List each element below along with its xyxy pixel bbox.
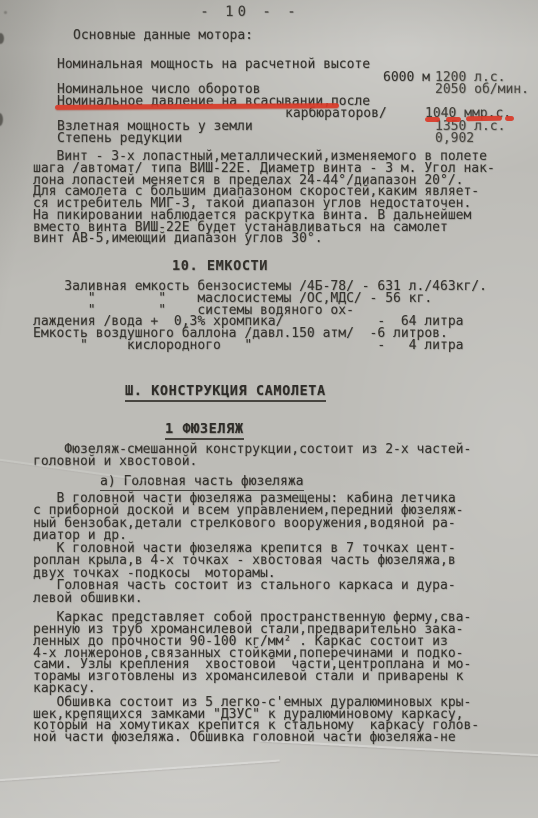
scanned-document-page: - 10 - - Основные данные мотора: Номинал… (0, 0, 538, 818)
text-line: каркасу. (33, 683, 471, 695)
red-pencil-mark (505, 116, 514, 121)
paragraph-skin: Обшивка состоит из 5 легко-с'емных дурал… (33, 697, 479, 743)
paragraph-frame: Каркас представляет собой пространственн… (33, 612, 471, 695)
engine-spec-row: Номинальная мощность на расчетной высоте (57, 59, 253, 71)
paper-crease (0, 760, 280, 782)
red-pencil-mark (425, 117, 440, 122)
spec-label: Номинальная мощность на расчетной высоте (57, 59, 370, 71)
red-pencil-mark (466, 116, 502, 122)
paper-stain (4, 11, 7, 14)
engine-data-title: Основные данные мотора: (57, 30, 253, 42)
text-line: ной части фюзеляжа. Обшивка головной час… (33, 732, 479, 744)
page-number: - 10 - - (150, 4, 350, 20)
paper-stain (0, 113, 3, 126)
paragraphs-head-part: В головной части фюзеляжа размещены: каб… (33, 493, 463, 605)
spec-value: 0,902 (435, 133, 474, 145)
text-line: торамы изготовлены из хромансилевой стал… (33, 671, 471, 683)
heading-fuselage: 1 ФЮЗЕЛЯЖ (165, 421, 244, 440)
spec-label: Степень редукции (57, 133, 182, 145)
red-pencil-mark (446, 117, 461, 122)
engine-spec-row: Степень редукции 0,902 (57, 133, 253, 145)
spec-value: 2050 об/мин. (435, 84, 529, 96)
spec-label-continuation: карбюраторов/ (285, 108, 387, 120)
paper-stain (0, 33, 4, 44)
text-line: головной и хвостовой. (33, 456, 471, 468)
spec-altitude: 6000 м (383, 72, 430, 84)
engine-data-block: Основные данные мотора: Номинальная мощн… (57, 30, 253, 145)
text-line: левой обшивки. (33, 593, 463, 605)
section-heading-construction: Ш. КОНСТРУКЦИЯ САМОЛЕТА (125, 383, 326, 402)
capacities-heading: 10. ЕМКОСТИ (172, 258, 268, 274)
propeller-paragraph: Винт - 3-х лопастный,металлический,измен… (33, 151, 495, 245)
text-line: винт АВ-5,имеющий диапазон углов 30°. (33, 233, 495, 245)
capacities-block: Заливная емкость бензосистемы /4Б-78/ - … (33, 281, 487, 352)
fuselage-intro-paragraph: Фюзеляж-смешанной конструкции,состоит из… (33, 444, 471, 468)
text-line: " кислородного " - 4 литра (33, 340, 487, 352)
